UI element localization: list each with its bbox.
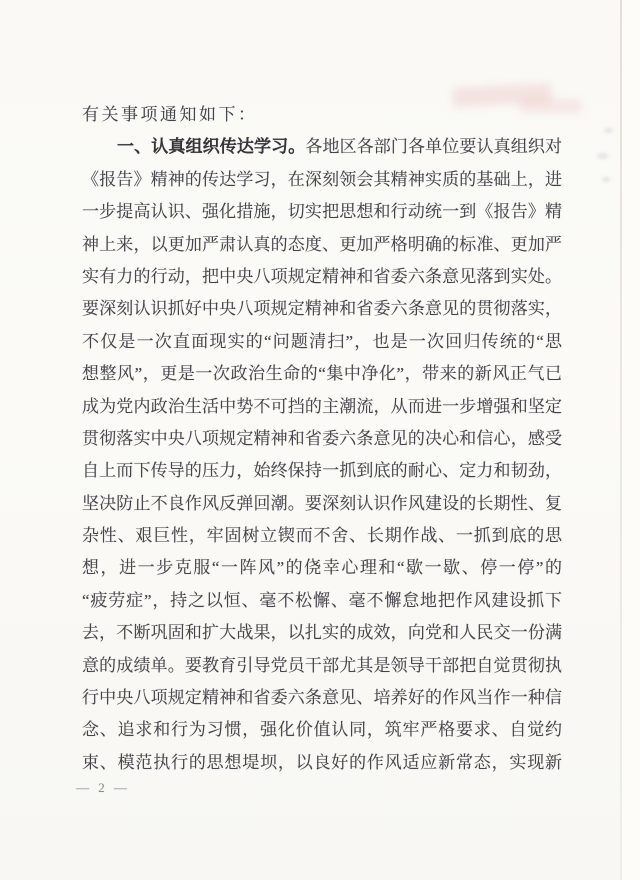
document-line-text: 要深刻认识抓好中央八项规定精神和省委六条意见的贯彻落实，	[82, 299, 562, 318]
document-line-text: 行中央八项规定精神和省委六条意见、培养好的作风当作一种信	[82, 688, 562, 707]
document-line: 一、认真组织传达学习。各地区各部门各单位要认真组织对	[82, 131, 562, 163]
scan-speck	[604, 128, 613, 133]
document-body: 有关事项通知如下：一、认真组织传达学习。各地区各部门各单位要认真组织对《报告》精…	[82, 99, 562, 779]
document-line: 意的成绩单。要教育引导党员干部尤其是领导干部把自觉贯彻执	[82, 650, 562, 682]
document-line: 束、模范执行的思想堤坝，以良好的作风适应新常态，实现新	[82, 747, 562, 779]
document-line: 想，进一步克服“一阵风”的侥幸心理和“歇一歇、停一停”的	[82, 552, 562, 584]
document-line: 贯彻落实中央八项规定精神和省委六条意见的决心和信心，感受	[82, 423, 562, 455]
document-line-text: 坚决防止不良作风反弹回潮。要深刻认识作风建设的长期性、复	[82, 494, 562, 513]
document-line-text: 自上而下传导的压力，始终保持一抓到底的耐心、定力和韧劲，	[82, 461, 562, 480]
document-line-text: 束、模范执行的思想堤坝，以良好的作风适应新常态，实现新	[82, 753, 562, 772]
document-line-text: 不仅是一次直面现实的“问题清扫”，也是一次回归传统的“思	[82, 332, 562, 351]
document-line-text: 杂性、艰巨性，牢固树立锲而不舍、长期作战、一抓到底的思	[82, 526, 562, 545]
document-line: 自上而下传导的压力，始终保持一抓到底的耐心、定力和韧劲，	[82, 455, 562, 487]
document-line-text: 各地区各部门各单位要认真组织对	[305, 137, 562, 156]
scan-speck	[597, 153, 608, 159]
document-line: 有关事项通知如下：	[82, 99, 562, 131]
document-line-text: 想，进一步克服“一阵风”的侥幸心理和“歇一歇、停一停”的	[82, 558, 562, 577]
scan-edge-strip	[622, 0, 640, 880]
document-line: 成为党内政治生活中势不可挡的主潮流，从而进一步增强和坚定	[82, 391, 562, 423]
page-number: — 2 —	[76, 780, 130, 796]
document-line: 念、追求和行为习惯，强化价值认同，筑牢严格要求、自觉约	[82, 714, 562, 746]
document-line: 杂性、艰巨性，牢固树立锲而不舍、长期作战、一抓到底的思	[82, 520, 562, 552]
document-line-text: 《报告》精神的传达学习，在深刻领会其精神实质的基础上，进	[82, 170, 562, 189]
document-line-text: 实有力的行动，把中央八项规定精神和省委六条意见落到实处。	[82, 267, 562, 286]
scan-edge-line	[620, 0, 622, 880]
document-line: 坚决防止不良作风反弹回潮。要深刻认识作风建设的长期性、复	[82, 488, 562, 520]
document-line: 去，不断巩固和扩大战果，以扎实的成效，向党和人民交一份满	[82, 617, 562, 649]
document-line-text: 贯彻落实中央八项规定精神和省委六条意见的决心和信心，感受	[82, 429, 562, 448]
document-line-text: 有关事项通知如下：	[82, 105, 258, 124]
scanned-document-page: 有关事项通知如下：一、认真组织传达学习。各地区各部门各单位要认真组织对《报告》精…	[0, 0, 640, 880]
document-line: 神上来，以更加严肃认真的态度、更加严格明确的标准、更加严	[82, 229, 562, 261]
scan-speck	[602, 177, 610, 182]
document-line: 想整风”，更是一次政治生命的“集中净化”，带来的新风正气已	[82, 358, 562, 390]
document-line: 不仅是一次直面现实的“问题清扫”，也是一次回归传统的“思	[82, 326, 562, 358]
document-line-text: 想整风”，更是一次政治生命的“集中净化”，带来的新风正气已	[82, 364, 562, 383]
document-line-text: 一步提高认识、强化措施，切实把思想和行动统一到《报告》精	[82, 202, 562, 221]
document-line: 要深刻认识抓好中央八项规定精神和省委六条意见的贯彻落实，	[82, 293, 562, 325]
document-line: 《报告》精神的传达学习，在深刻领会其精神实质的基础上，进	[82, 164, 562, 196]
document-line-text: “疲劳症”，持之以恒、毫不松懈、毫不懈怠地把作风建设抓下	[82, 591, 562, 610]
document-line: “疲劳症”，持之以恒、毫不松懈、毫不懈怠地把作风建设抓下	[82, 585, 562, 617]
document-line-text: 去，不断巩固和扩大战果，以扎实的成效，向党和人民交一份满	[82, 623, 562, 642]
document-line-text: 神上来，以更加严肃认真的态度、更加严格明确的标准、更加严	[82, 235, 562, 254]
document-line-text: 成为党内政治生活中势不可挡的主潮流，从而进一步增强和坚定	[82, 397, 562, 416]
document-line: 一步提高认识、强化措施，切实把思想和行动统一到《报告》精	[82, 196, 562, 228]
section-heading: 一、认真组织传达学习。	[117, 137, 305, 156]
document-line: 实有力的行动，把中央八项规定精神和省委六条意见落到实处。	[82, 261, 562, 293]
document-line-text: 念、追求和行为习惯，强化价值认同，筑牢严格要求、自觉约	[82, 720, 562, 739]
document-line: 行中央八项规定精神和省委六条意见、培养好的作风当作一种信	[82, 682, 562, 714]
document-line-text: 意的成绩单。要教育引导党员干部尤其是领导干部把自觉贯彻执	[82, 656, 562, 675]
